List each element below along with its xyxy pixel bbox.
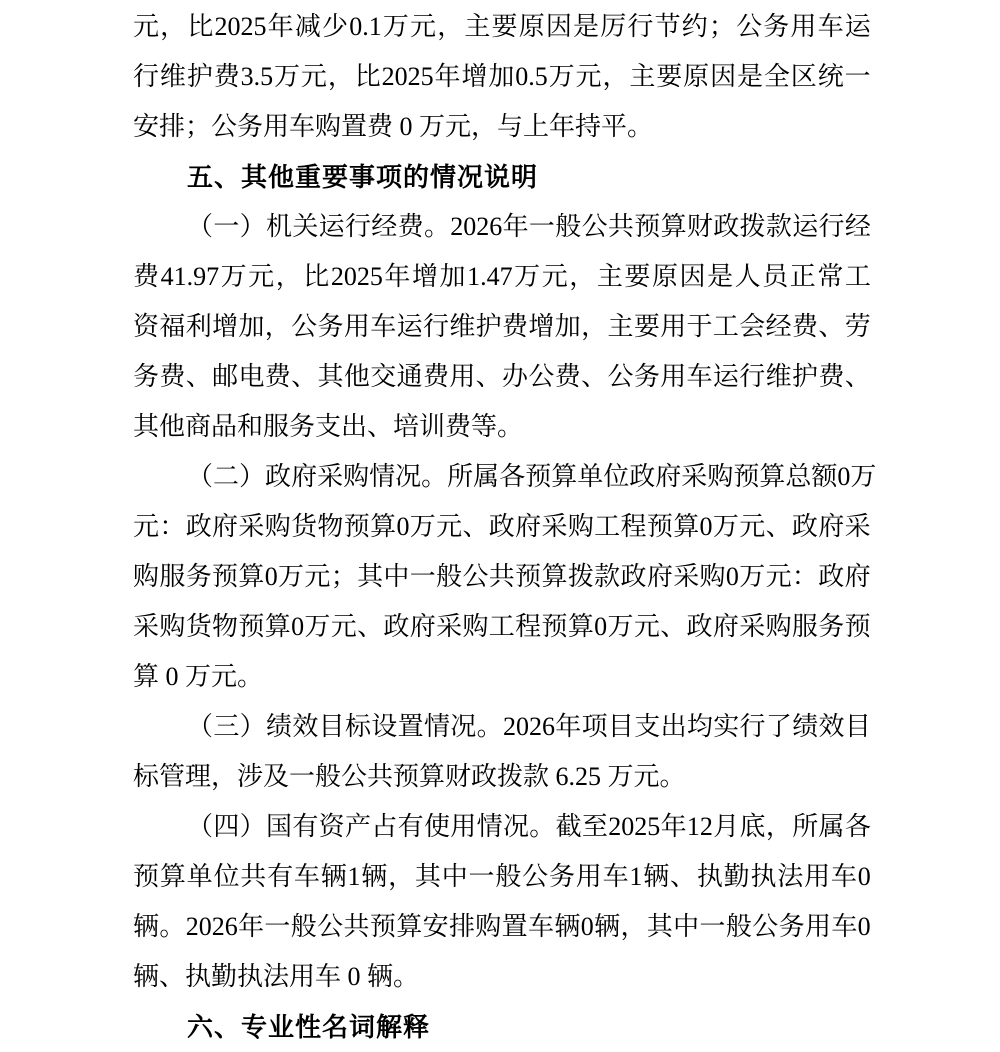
text-line: 安排；公务用车购置费 0 万元，与上年持平。: [133, 102, 871, 152]
paragraph-first-line-government-procurement: （二）政府采购情况。所属各预算单位政府采购预算总额0万: [133, 452, 871, 502]
document-body: 元，比2025年减少0.1万元，主要原因是厉行节约；公务用车运 行维护费3.5万…: [133, 2, 871, 1052]
section-heading-other-important-matters: 五、其他重要事项的情况说明: [133, 152, 871, 202]
paragraph-first-line-state-owned-assets: （四）国有资产占有使用情况。截至2025年12月底，所属各: [133, 802, 871, 852]
paragraph-first-line-performance-targets: （三）绩效目标设置情况。2026年项目支出均实行了绩效目: [133, 702, 871, 752]
document-page: 元，比2025年减少0.1万元，主要原因是厉行节约；公务用车运 行维护费3.5万…: [0, 0, 1000, 1052]
section-heading-terminology-explanation: 六、专业性名词解释: [133, 1002, 871, 1052]
text-line: 辆、执勤执法用车 0 辆。: [133, 952, 871, 1002]
text-line: 购服务预算0万元；其中一般公共预算拨款政府采购0万元：政府: [133, 552, 871, 602]
text-line: 采购货物预算0万元、政府采购工程预算0万元、政府采购服务预: [133, 602, 871, 652]
text-line: 标管理，涉及一般公共预算财政拨款 6.25 万元。: [133, 752, 871, 802]
text-line: 预算单位共有车辆1辆，其中一般公务用车1辆、执勤执法用车0: [133, 852, 871, 902]
text-line: 元：政府采购货物预算0万元、政府采购工程预算0万元、政府采: [133, 502, 871, 552]
text-line: 务费、邮电费、其他交通费用、办公费、公务用车运行维护费、: [133, 352, 871, 402]
text-line: 辆。2026年一般公共预算安排购置车辆0辆，其中一般公务用车0: [133, 902, 871, 952]
text-line: 算 0 万元。: [133, 652, 871, 702]
text-line: 元，比2025年减少0.1万元，主要原因是厉行节约；公务用车运: [133, 2, 871, 52]
text-line: 费41.97万元，比2025年增加1.47万元，主要原因是人员正常工: [133, 252, 871, 302]
text-line: 资福利增加，公务用车运行维护费增加，主要用于工会经费、劳: [133, 302, 871, 352]
text-line: 其他商品和服务支出、培训费等。: [133, 402, 871, 452]
text-line: 行维护费3.5万元，比2025年增加0.5万元，主要原因是全区统一: [133, 52, 871, 102]
paragraph-first-line-agency-operating-funds: （一）机关运行经费。2026年一般公共预算财政拨款运行经: [133, 202, 871, 252]
